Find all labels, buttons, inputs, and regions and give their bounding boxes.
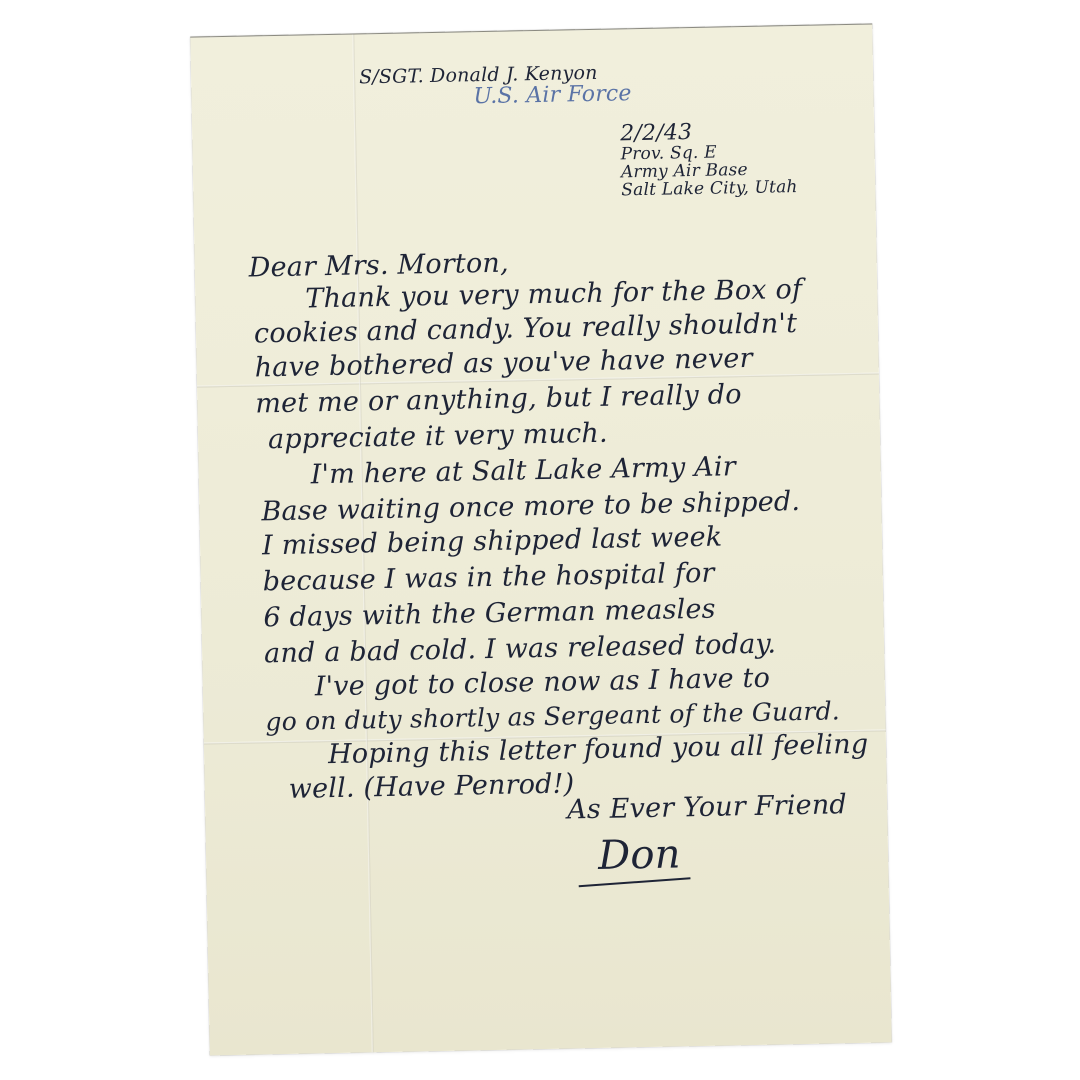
signature: Don [598, 834, 681, 876]
closing: As Ever Your Friend [567, 791, 847, 823]
body-line: met me or anything, but I really do [255, 381, 742, 417]
body-line: and a bad cold. I was released today. [264, 631, 777, 668]
body-line: appreciate it very much. [268, 420, 608, 454]
scan-background: S/SGT. Donald J. Kenyon U.S. Air Force 2… [0, 0, 1080, 1080]
letter-paper: S/SGT. Donald J. Kenyon U.S. Air Force 2… [190, 24, 891, 1056]
salutation: Dear Mrs. Morton, [248, 250, 509, 282]
body-line: because I was in the hospital for [263, 560, 715, 596]
body-line: Base waiting once more to be shipped. [261, 488, 800, 525]
body-line: I've got to close now as I have to [315, 665, 771, 701]
body-line: Hoping this letter found you all feeling [328, 731, 869, 768]
body-line: well. (Have Penrod!) [288, 770, 574, 802]
body-line: Thank you very much for the Box of [305, 276, 802, 313]
signature-underline [579, 877, 691, 887]
body-line: I missed being shipped last week [262, 524, 723, 560]
body-line: I'm here at Salt Lake Army Air [310, 453, 736, 488]
body-line: 6 days with the German measles [263, 596, 716, 632]
sender-annotation: U.S. Air Force [473, 85, 632, 106]
body-line: cookies and candy. You really shouldn't [254, 310, 798, 347]
body-line: go on duty shortly as Sergeant of the Gu… [265, 697, 840, 735]
letter-city: Salt Lake City, Utah [621, 178, 798, 199]
letter-header: 2/2/43 Prov. Sq. E Army Air Base Salt La… [620, 120, 798, 199]
